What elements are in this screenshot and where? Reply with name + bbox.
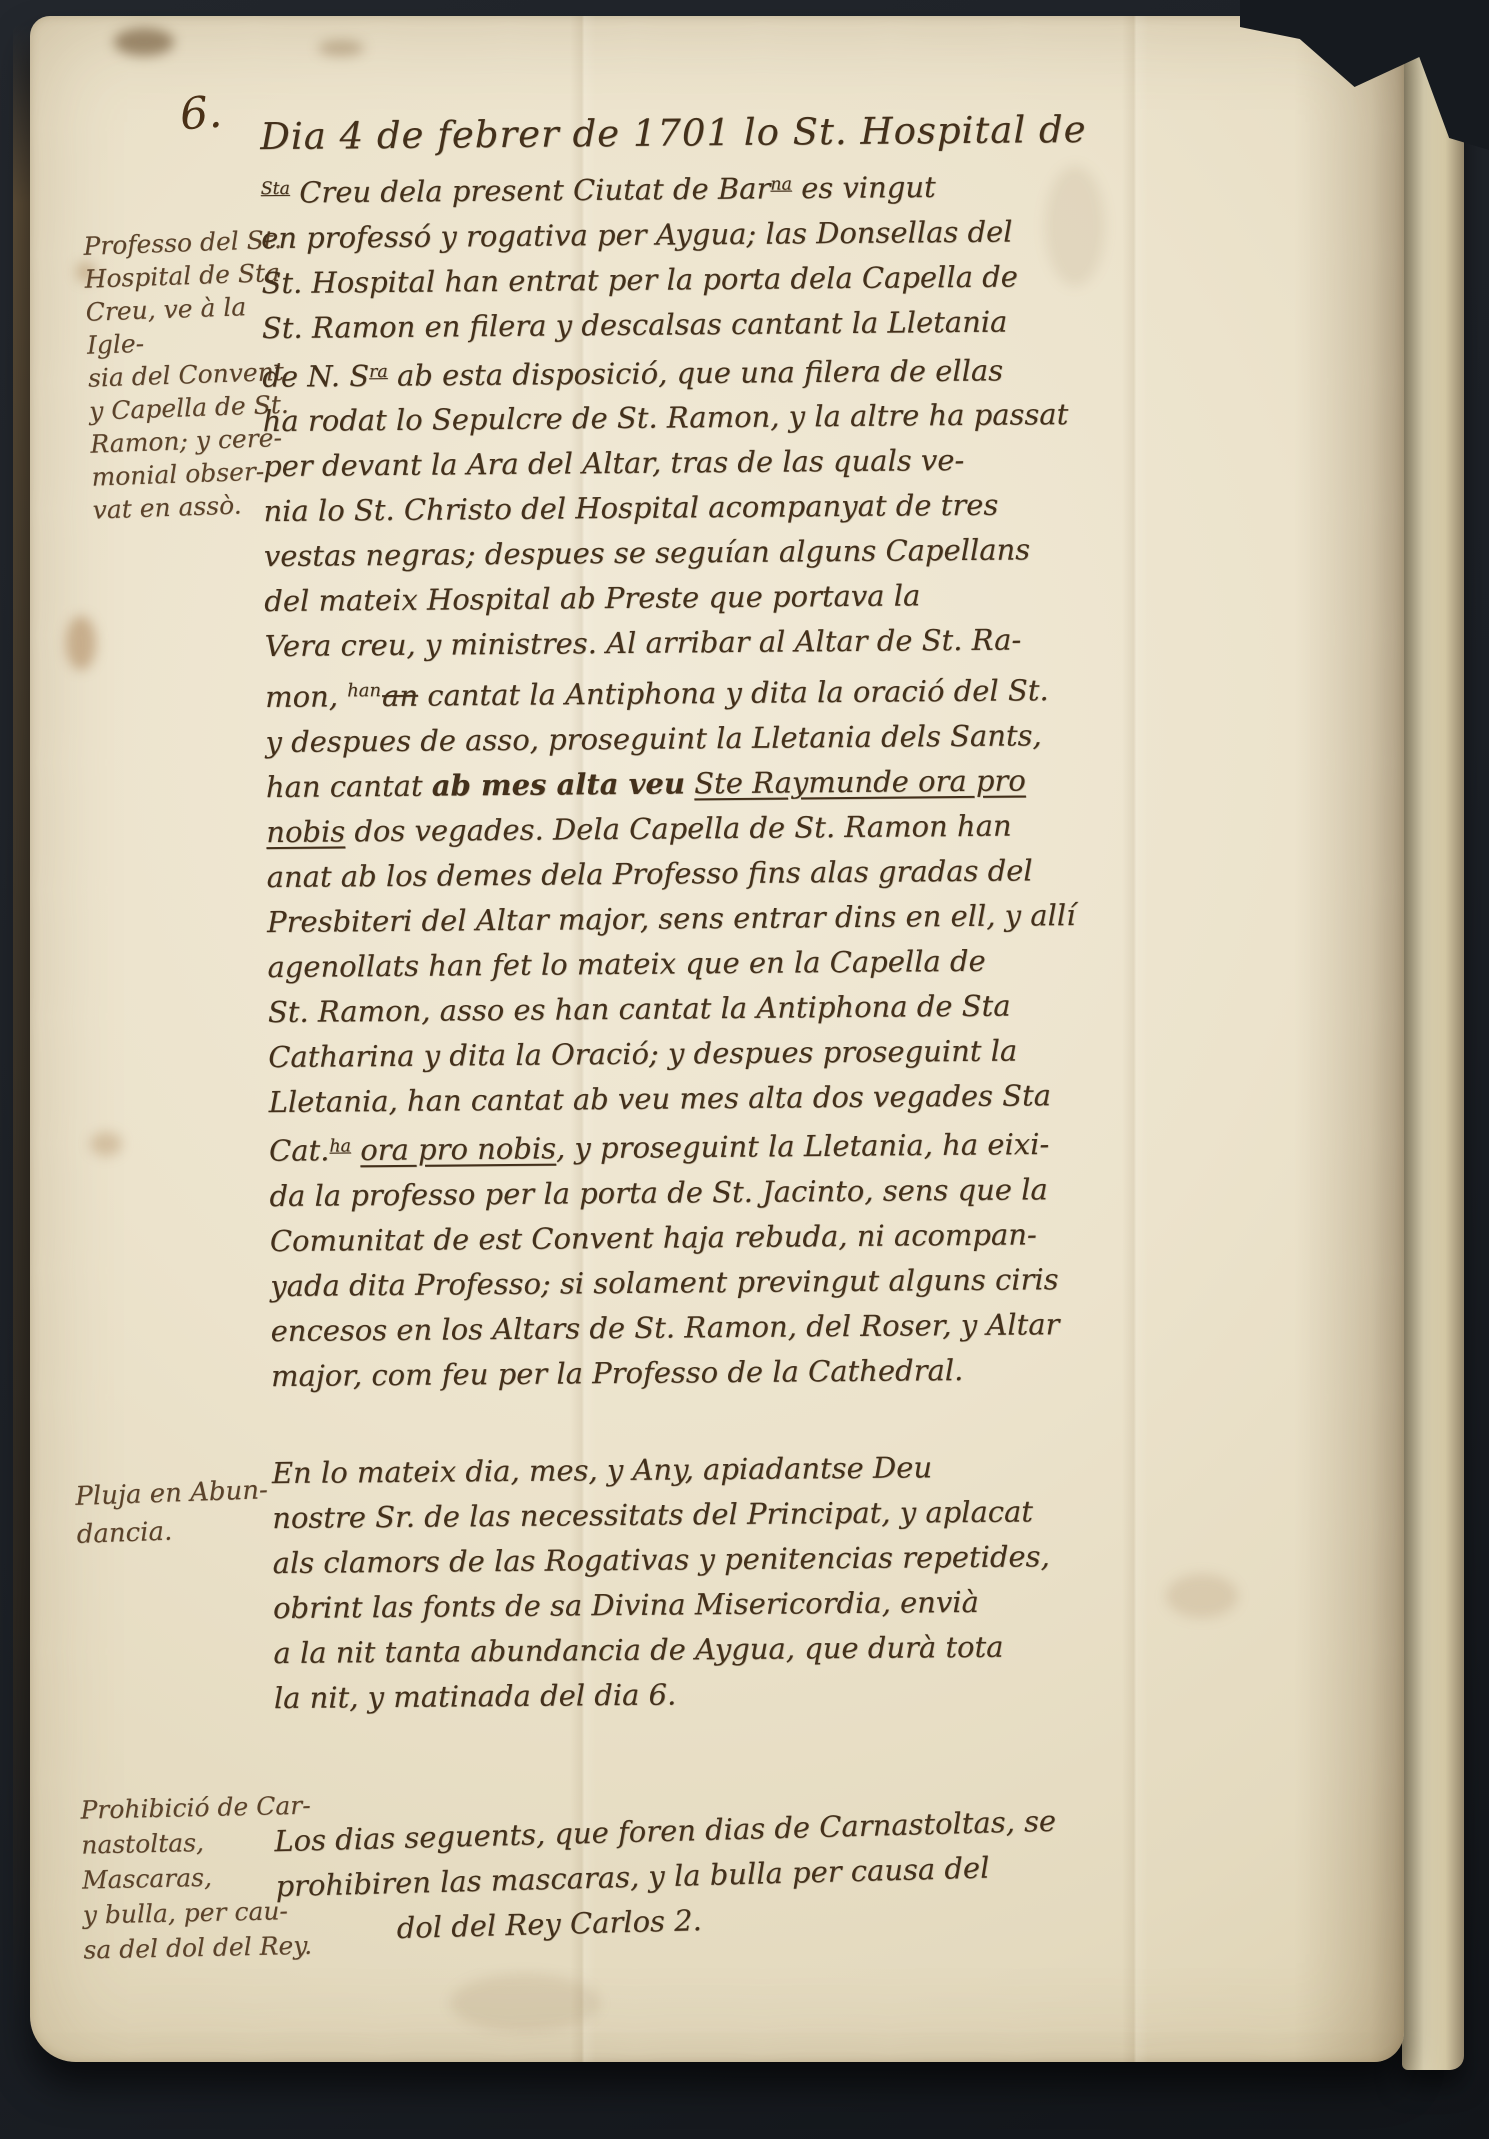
margin-note-pluja: Pluja en Abun-dancia. bbox=[75, 1470, 303, 1554]
page-number: 6. bbox=[178, 87, 223, 141]
line: Vera creu, y ministres. Al arribar al Al… bbox=[264, 618, 974, 669]
line: nostre Sr. de las necessitats del Princi… bbox=[272, 1490, 982, 1541]
paper-stain bbox=[450, 1974, 600, 2032]
note-line: Pluja en Abun- bbox=[75, 1470, 301, 1516]
line: als clamors de las Rogativas y penitenci… bbox=[272, 1535, 982, 1586]
paragraph-processio: Dia 4 de febrer de 1701 lo St. Hospital … bbox=[260, 101, 981, 1399]
line: major, com feu per la Professo de la Cat… bbox=[271, 1348, 981, 1399]
line: y despues de asso, proseguint la Lletani… bbox=[265, 714, 975, 765]
line: ha rodat lo Sepulcre de St. Ramon, y la … bbox=[263, 393, 973, 444]
paragraph-prohibicio: Los dias seguents, que foren dias de Car… bbox=[274, 1801, 987, 1955]
photo-backdrop: 6. Professo del St.Hospital de StaCreu, … bbox=[0, 0, 1489, 2139]
line: per devant la Ara del Altar, tras de las… bbox=[263, 438, 973, 489]
line: Cat.ha ora pro nobis, y proseguint la Ll… bbox=[269, 1119, 979, 1174]
line: encesos en los Altars de St. Ramon, del … bbox=[270, 1303, 980, 1354]
line: de N. Sra ab esta disposició, que una fi… bbox=[262, 345, 972, 400]
line: da la professo per la porta de St. Jacin… bbox=[269, 1168, 979, 1219]
line: yada dita Professo; si solament previngu… bbox=[270, 1258, 980, 1309]
adjacent-page-edge bbox=[1402, 40, 1464, 2070]
paper-stain bbox=[318, 40, 364, 56]
paper-stain bbox=[1045, 166, 1105, 286]
line: nobis dos vegades. Dela Capella de St. R… bbox=[266, 804, 976, 855]
paper-stain bbox=[90, 1132, 122, 1156]
line: Sta Creu dela present Ciutat de Barna es… bbox=[261, 161, 971, 216]
line: Dia 4 de febrer de 1701 lo St. Hospital … bbox=[260, 101, 970, 167]
line: Presbiteri del Altar major, sens entrar … bbox=[267, 894, 977, 945]
line: Comunitat de est Convent haja rebuda, ni… bbox=[270, 1213, 980, 1264]
paper-stain bbox=[1166, 1574, 1238, 1618]
line: anat ab los demes dela Professo fins ala… bbox=[267, 849, 977, 900]
line: del mateix Hospital ab Preste que portav… bbox=[264, 573, 974, 624]
line: St. Hospital han entrat per la porta del… bbox=[261, 255, 971, 306]
line: a la nit tanta abundancia de Aygua, que … bbox=[273, 1625, 983, 1676]
manuscript-page: 6. Professo del St.Hospital de StaCreu, … bbox=[30, 16, 1404, 2062]
main-text: Dia 4 de febrer de 1701 lo St. Hospital … bbox=[260, 101, 986, 1948]
line: St. Ramon, asso es han cantat la Antipho… bbox=[268, 984, 978, 1035]
line: St. Ramon en filera y descalsas cantant … bbox=[262, 300, 972, 351]
paper-crease bbox=[1122, 16, 1148, 2062]
page-gutter-shadow bbox=[1294, 16, 1404, 2062]
line: en professó y rogativa per Aygua; las Do… bbox=[261, 210, 971, 261]
paper-stain bbox=[66, 616, 96, 670]
paper-stain bbox=[114, 28, 174, 56]
line: mon, hanan cantat la Antiphona y dita la… bbox=[265, 663, 975, 720]
line: nia lo St. Christo del Hospital acompany… bbox=[263, 483, 973, 534]
line: agenollats han fet lo mateix que en la C… bbox=[267, 939, 977, 990]
line: obrint las fonts de sa Divina Misericord… bbox=[273, 1580, 983, 1631]
line: la nit, y matinada del dia 6. bbox=[274, 1670, 984, 1721]
line: vestas negras; despues se seguían alguns… bbox=[264, 528, 974, 579]
paragraph-pluja: En lo mateix dia, mes, y Any, apiadantse… bbox=[272, 1445, 984, 1721]
line: Catharina y dita la Oració; y despues pr… bbox=[268, 1029, 978, 1080]
note-line: dancia. bbox=[76, 1508, 302, 1554]
line: Lletania, han cantat ab veu mes alta dos… bbox=[268, 1074, 978, 1125]
line: han cantat ab mes alta veu Ste Raymunde … bbox=[266, 759, 976, 810]
line: En lo mateix dia, mes, y Any, apiadantse… bbox=[272, 1445, 982, 1496]
